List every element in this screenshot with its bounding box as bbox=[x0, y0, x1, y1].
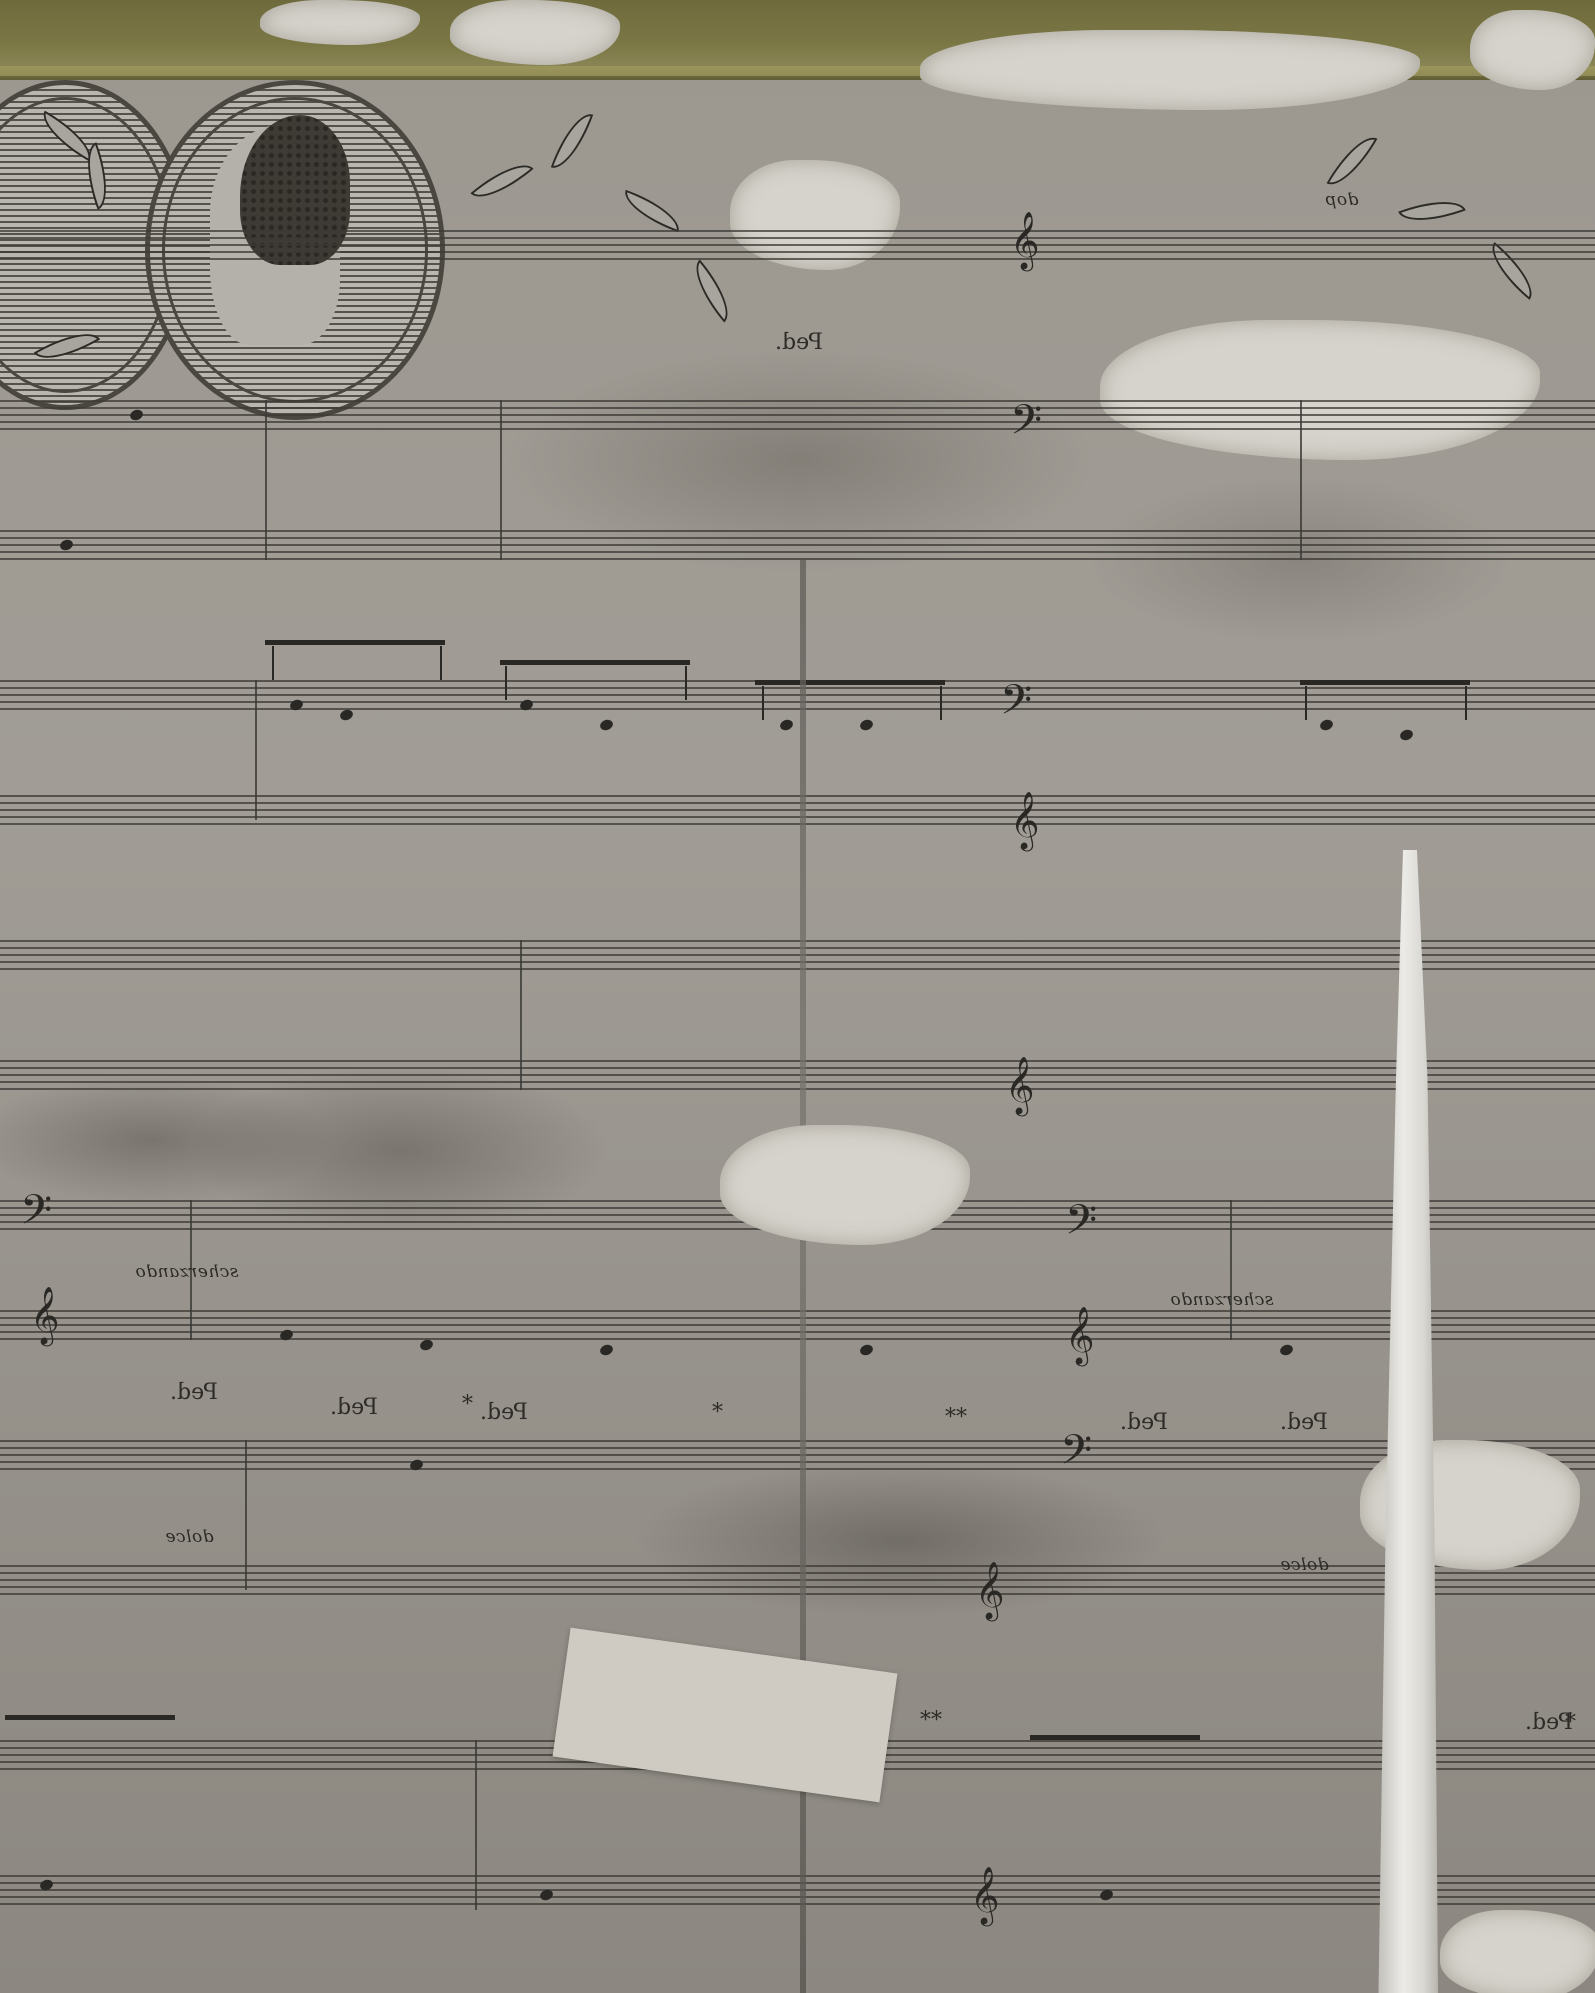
barline bbox=[255, 680, 257, 820]
note-beam bbox=[1300, 680, 1470, 685]
staff-row bbox=[0, 230, 1595, 260]
dynamic-mark: dop bbox=[1325, 190, 1359, 210]
tempo-mark-scherzando: scherzando bbox=[1170, 1290, 1274, 1310]
bass-clef-icon: 𝄢 bbox=[20, 1190, 52, 1240]
torn-paper-top-3 bbox=[920, 30, 1420, 110]
note-head bbox=[859, 1343, 875, 1357]
barline bbox=[475, 1740, 477, 1910]
treble-clef-icon: 𝄞 bbox=[1005, 1060, 1035, 1110]
treble-clef-icon: 𝄞 bbox=[1065, 1310, 1095, 1360]
staff-row bbox=[0, 530, 1595, 560]
note-head bbox=[859, 718, 875, 732]
bass-clef-icon: 𝄢 bbox=[1000, 680, 1032, 730]
pedal-release-mark: * bbox=[462, 1392, 473, 1417]
staff-row bbox=[0, 1440, 1595, 1470]
note-beam bbox=[500, 660, 690, 665]
bass-clef-icon: 𝄢 bbox=[1060, 1430, 1092, 1480]
pedal-mark: Ped. bbox=[170, 1380, 218, 1405]
torn-paper-bottom-right bbox=[1440, 1910, 1595, 1993]
barline bbox=[520, 940, 522, 1090]
note-stem bbox=[940, 686, 942, 720]
note-head bbox=[339, 708, 355, 722]
note-beam bbox=[5, 1715, 175, 1720]
staff-row bbox=[0, 940, 1595, 970]
note-stem bbox=[272, 646, 274, 680]
treble-clef-icon: 𝄞 bbox=[30, 1290, 60, 1340]
note-stem bbox=[762, 686, 764, 720]
treble-clef-icon: 𝄞 bbox=[1010, 215, 1040, 265]
laurel-leaf-icon bbox=[683, 259, 741, 322]
staff-row bbox=[0, 1565, 1595, 1595]
pedal-release-mark: ** bbox=[945, 1405, 967, 1430]
torn-paper-top-2 bbox=[450, 0, 620, 65]
paper-scrap-bottom bbox=[553, 1628, 898, 1803]
pedal-mark: Ped. bbox=[1120, 1410, 1168, 1435]
barline bbox=[245, 1440, 247, 1590]
sheet-music-wall-photo: 𝄞 𝄢 𝄢 𝄞 𝄞 𝄢 𝄢 𝄞 𝄞 𝄢 𝄞 𝄞 scherzando scher… bbox=[0, 0, 1595, 1993]
barline bbox=[1230, 1200, 1232, 1340]
torn-paper-center bbox=[720, 1125, 970, 1245]
pedal-release-mark: * bbox=[1565, 1710, 1576, 1735]
note-stem bbox=[1305, 686, 1307, 720]
note-stem bbox=[685, 666, 687, 700]
note-head bbox=[1319, 718, 1335, 732]
pedal-release-mark: ** bbox=[920, 1708, 942, 1733]
pedal-mark: Ped. bbox=[775, 330, 823, 355]
staff-row bbox=[0, 1060, 1595, 1090]
laurel-leaf-icon bbox=[1398, 190, 1466, 233]
staff-row bbox=[0, 1310, 1595, 1340]
note-head bbox=[1399, 728, 1415, 742]
note-beam bbox=[1030, 1735, 1200, 1740]
torn-paper-top-1 bbox=[260, 0, 420, 45]
note-head bbox=[599, 718, 615, 732]
barline bbox=[265, 400, 267, 560]
pedal-mark: Ped. bbox=[330, 1395, 378, 1420]
treble-clef-icon: 𝄞 bbox=[975, 1565, 1005, 1615]
treble-clef-icon: 𝄞 bbox=[1010, 795, 1040, 845]
laurel-leaf-icon bbox=[618, 190, 686, 233]
bass-clef-icon: 𝄢 bbox=[1010, 400, 1042, 450]
bass-clef-icon: 𝄢 bbox=[1065, 1200, 1097, 1250]
vertical-rolled-paper-strip bbox=[1375, 850, 1445, 1993]
note-beam bbox=[755, 680, 945, 685]
treble-clef-icon: 𝄞 bbox=[970, 1870, 1000, 1920]
staff-row bbox=[0, 400, 1595, 430]
barline bbox=[1300, 400, 1302, 560]
torn-paper-top-4 bbox=[1470, 10, 1595, 90]
staff-row bbox=[0, 795, 1595, 825]
note-head bbox=[419, 1338, 435, 1352]
note-stem bbox=[1465, 686, 1467, 720]
expression-mark-dolce: dolce bbox=[1280, 1555, 1329, 1575]
note-head bbox=[1279, 1343, 1295, 1357]
laurel-leaf-icon bbox=[470, 152, 533, 210]
laurel-leaf-icon bbox=[551, 107, 594, 175]
pedal-mark: Ped. bbox=[480, 1400, 528, 1425]
note-beam bbox=[265, 640, 445, 645]
pedal-release-mark: * bbox=[712, 1400, 723, 1425]
note-head bbox=[779, 718, 795, 732]
pedal-mark: Ped. bbox=[1280, 1410, 1328, 1435]
staff-row bbox=[0, 1875, 1595, 1905]
expression-mark-dolce: dolce bbox=[165, 1527, 214, 1547]
note-head bbox=[599, 1343, 615, 1357]
note-stem bbox=[440, 646, 442, 680]
note-stem bbox=[505, 666, 507, 700]
barline bbox=[500, 400, 502, 560]
laurel-leaf-icon bbox=[1326, 128, 1377, 194]
torn-paper-right-upper bbox=[1100, 320, 1540, 460]
tempo-mark-scherzando: scherzando bbox=[135, 1262, 239, 1282]
